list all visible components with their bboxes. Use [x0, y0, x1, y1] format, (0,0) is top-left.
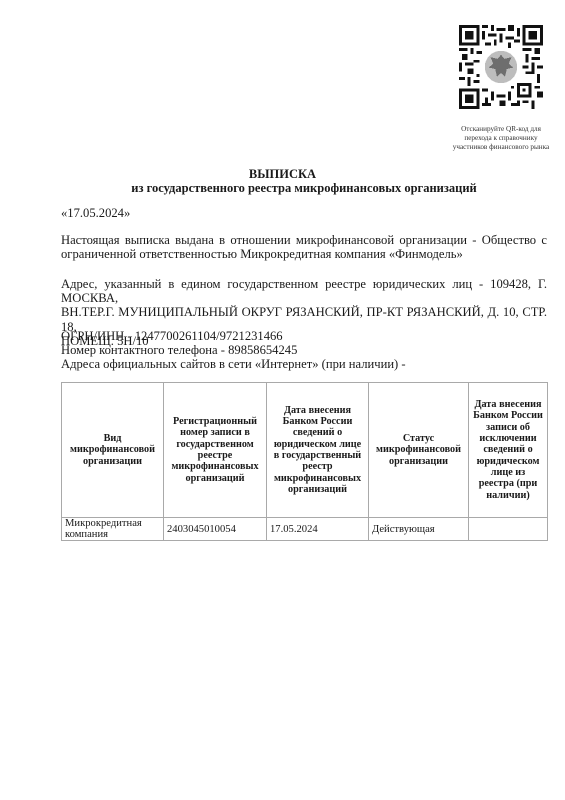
- table-row: Микрокредитная компания 2403045010054 17…: [62, 518, 548, 541]
- column-header-date-added: Дата внесения Банком России сведений о ю…: [267, 383, 369, 518]
- contact-phone: Номер контактного телефона - 89858654245: [61, 343, 547, 357]
- column-header-status: Статус микрофинансовой организации: [369, 383, 469, 518]
- cell-date-excluded: [469, 518, 548, 541]
- issued-to-line-1: Настоящая выписка выдана в отношении мик…: [61, 233, 547, 247]
- cell-status: Действующая: [369, 518, 469, 541]
- qr-code-icon: [459, 25, 543, 109]
- issued-to-paragraph: Настоящая выписка выдана в отношении мик…: [61, 233, 547, 261]
- cell-type: Микрокредитная компания: [62, 518, 164, 541]
- issued-to-line-2: ограниченной ответственностью Микрокреди…: [61, 247, 547, 261]
- document-subtitle: из государственного реестра микрофинансо…: [60, 181, 548, 195]
- table-header-row: Вид микрофинансовой организации Регистра…: [62, 383, 548, 518]
- document-title: ВЫПИСКА: [0, 167, 565, 181]
- registration-info: ОГРН/ИНН - 1247700261104/9721231466 Номе…: [61, 329, 547, 372]
- ogrn-inn: ОГРН/ИНН - 1247700261104/9721231466: [61, 329, 547, 343]
- column-header-reg-number: Регистрационный номер записи в государст…: [164, 383, 267, 518]
- official-websites: Адреса официальных сайтов в сети «Интерн…: [61, 357, 547, 371]
- column-header-date-excluded: Дата внесения Банком России записи об ис…: [469, 383, 548, 518]
- issue-date: «17.05.2024»: [61, 206, 130, 220]
- qr-caption: Отсканируйте QR-код для перехода к справ…: [448, 125, 554, 153]
- cell-reg-number: 2403045010054: [164, 518, 267, 541]
- qr-code: [459, 25, 543, 109]
- cell-date-added: 17.05.2024: [267, 518, 369, 541]
- address-line-1: Адрес, указанный в едином государственно…: [61, 277, 547, 305]
- column-header-type: Вид микрофинансовой организации: [62, 383, 164, 518]
- registry-table: Вид микрофинансовой организации Регистра…: [61, 382, 548, 541]
